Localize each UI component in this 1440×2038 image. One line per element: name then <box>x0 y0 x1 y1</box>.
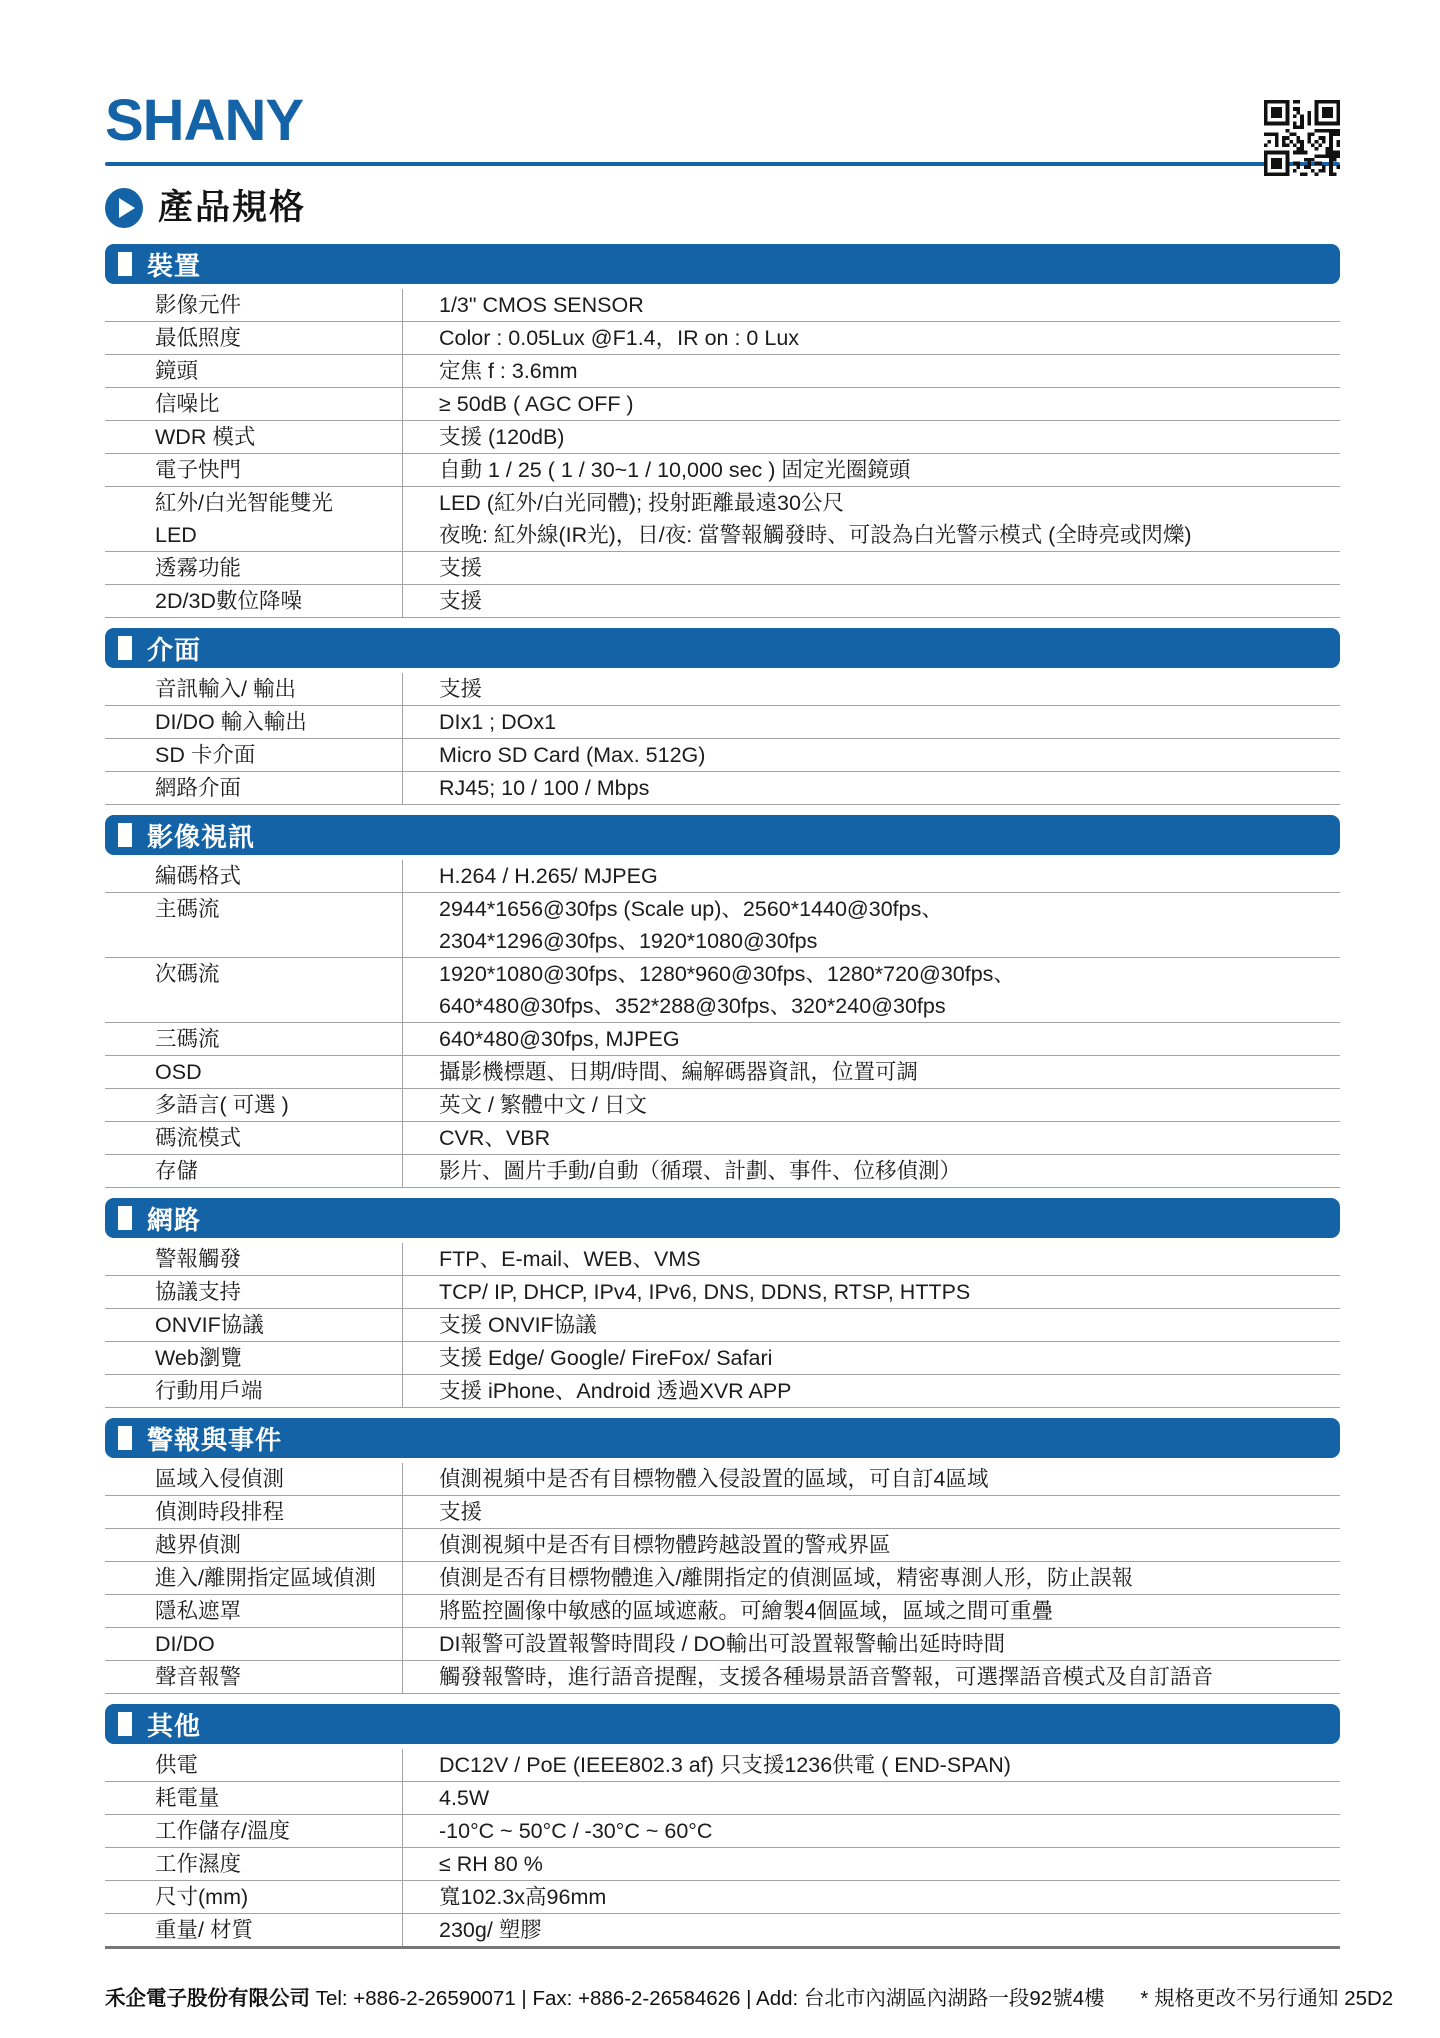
spec-value: DC12V / PoE (IEEE802.3 af) 只支援1236供電 ( E… <box>403 1749 1340 1781</box>
spec-label-line: 次碼流 <box>155 958 396 990</box>
spec-value: 自動 1 / 25 ( 1 / 30~1 / 10,000 sec ) 固定光圈… <box>403 454 1340 486</box>
spec-row: 紅外/白光智能雙光LEDLED (紅外/白光同體); 投射距離最遠30公尺夜晚:… <box>105 487 1340 552</box>
footer-contact: Tel: +886-2-26590071 | Fax: +886-2-26584… <box>316 1987 1105 2010</box>
spec-value-line: 英文 / 繁體中文 / 日文 <box>439 1089 1340 1121</box>
spec-label: 編碼格式 <box>105 860 403 892</box>
spec-value-line: 支援 <box>439 1496 1340 1528</box>
spec-label-line: 三碼流 <box>155 1023 396 1055</box>
spec-row: 區域入侵偵測偵測視頻中是否有目標物體入侵設置的區域，可自訂4區域 <box>105 1463 1340 1496</box>
spec-value-line: FTP、E-mail、WEB、VMS <box>439 1243 1340 1275</box>
header-divider <box>105 162 1340 166</box>
spec-value: 觸發報警時，進行語音提醒，支援各種場景語音警報，可選擇語音模式及自訂語音 <box>403 1661 1340 1693</box>
spec-row: 影像元件1/3" CMOS SENSOR <box>105 289 1340 322</box>
spec-value: LED (紅外/白光同體); 投射距離最遠30公尺夜晚: 紅外線(IR光)，日/… <box>403 487 1340 551</box>
spec-label-line: 隱私遮罩 <box>155 1595 396 1627</box>
spec-label: DI/DO <box>105 1628 403 1660</box>
spec-label-line: 存儲 <box>155 1155 396 1187</box>
spec-value: 1/3" CMOS SENSOR <box>403 289 1340 321</box>
section-bullet-icon <box>118 636 132 660</box>
spec-value: DI報警可設置報警時間段 / DO輸出可設置報警輸出延時時間 <box>403 1628 1340 1660</box>
footer: 禾企電子股份有限公司 Tel: +886-2-26590071 | Fax: +… <box>105 1981 1340 2011</box>
spec-label: 信噪比 <box>105 388 403 420</box>
spec-row: 工作濕度≤ RH 80 % <box>105 1848 1340 1881</box>
section-title: 影像視訊 <box>147 817 255 854</box>
spec-row: 網路介面RJ45; 10 / 100 / Mbps <box>105 772 1340 805</box>
spec-row: 次碼流1920*1080@30fps、1280*960@30fps、1280*7… <box>105 958 1340 1023</box>
spec-value: 1920*1080@30fps、1280*960@30fps、1280*720@… <box>403 958 1340 1022</box>
spec-label-line: 最低照度 <box>155 322 396 354</box>
spec-value: 支援 (120dB) <box>403 421 1340 453</box>
spec-section: 警報與事件區域入侵偵測偵測視頻中是否有目標物體入侵設置的區域，可自訂4區域偵測時… <box>105 1418 1340 1694</box>
section-title: 裝置 <box>147 246 201 283</box>
spec-label-line: 重量/ 材質 <box>155 1914 396 1946</box>
spec-value-line: Color : 0.05Lux @F1.4，IR on : 0 Lux <box>439 322 1340 354</box>
spec-label-line: ONVIF協議 <box>155 1309 396 1341</box>
spec-label-line: DI/DO 輸入輸出 <box>155 706 396 738</box>
spec-label: 2D/3D數位降噪 <box>105 585 403 617</box>
spec-row: 音訊輸入/ 輸出支援 <box>105 673 1340 706</box>
spec-label: 區域入侵偵測 <box>105 1463 403 1495</box>
spec-value-line: 支援 <box>439 585 1340 617</box>
spec-label: 重量/ 材質 <box>105 1914 403 1946</box>
spec-label-line: 偵測時段排程 <box>155 1496 396 1528</box>
spec-label-line: 尺寸(mm) <box>155 1881 396 1913</box>
spec-label: 多語言( 可選 ) <box>105 1089 403 1121</box>
spec-label: DI/DO 輸入輸出 <box>105 706 403 738</box>
spec-value-line: 影片、圖片手動/自動（循環、計劃、事件、位移偵測） <box>439 1155 1340 1187</box>
spec-value: TCP/ IP, DHCP, IPv4, IPv6, DNS, DDNS, RT… <box>403 1276 1340 1308</box>
spec-label-line: 碼流模式 <box>155 1122 396 1154</box>
spec-value: 640*480@30fps, MJPEG <box>403 1023 1340 1055</box>
spec-label: 碼流模式 <box>105 1122 403 1154</box>
spec-value: 偵測視頻中是否有目標物體入侵設置的區域，可自訂4區域 <box>403 1463 1340 1495</box>
section-header-bar: 網路 <box>105 1198 1340 1238</box>
spec-label: 進入/離開指定區域偵測 <box>105 1562 403 1594</box>
spec-label-line: 音訊輸入/ 輸出 <box>155 673 396 705</box>
spec-label-line: 多語言( 可選 ) <box>155 1089 396 1121</box>
spec-value-line: H.264 / H.265/ MJPEG <box>439 860 1340 892</box>
spec-label: 尺寸(mm) <box>105 1881 403 1913</box>
spec-value-line: TCP/ IP, DHCP, IPv4, IPv6, DNS, DDNS, RT… <box>439 1276 1340 1308</box>
spec-section: 其他供電DC12V / PoE (IEEE802.3 af) 只支援1236供電… <box>105 1704 1340 1949</box>
company-name: 禾企電子股份有限公司 <box>105 1987 310 2010</box>
spec-label: 越界偵測 <box>105 1529 403 1561</box>
spec-value-line: CVR、VBR <box>439 1122 1340 1154</box>
spec-row: DI/DODI報警可設置報警時間段 / DO輸出可設置報警輸出延時時間 <box>105 1628 1340 1661</box>
spec-label-line: 耗電量 <box>155 1782 396 1814</box>
spec-label: 存儲 <box>105 1155 403 1187</box>
spec-value: 支援 <box>403 552 1340 584</box>
spec-label-line: 影像元件 <box>155 289 396 321</box>
section-title: 警報與事件 <box>147 1420 282 1457</box>
spec-label: 影像元件 <box>105 289 403 321</box>
spec-row: 主碼流2944*1656@30fps (Scale up)、2560*1440@… <box>105 893 1340 958</box>
spec-value: 偵測是否有目標物體進入/離開指定的偵測區域，精密專測人形，防止誤報 <box>403 1562 1340 1594</box>
spec-value-line: 偵測視頻中是否有目標物體跨越設置的警戒界區 <box>439 1529 1340 1561</box>
page-title-row: 產品規格 <box>105 188 1340 228</box>
section-bullet-icon <box>118 252 132 276</box>
spec-label: SD 卡介面 <box>105 739 403 771</box>
spec-label-line: WDR 模式 <box>155 421 396 453</box>
spec-label-line: 進入/離開指定區域偵測 <box>155 1562 396 1594</box>
spec-section: 介面音訊輸入/ 輸出支援DI/DO 輸入輸出DIx1 ; DOx1SD 卡介面M… <box>105 628 1340 805</box>
spec-label-line: LED <box>155 519 396 551</box>
spec-value: -10°C ~ 50°C / -30°C ~ 60°C <box>403 1815 1340 1847</box>
spec-row: 2D/3D數位降噪支援 <box>105 585 1340 618</box>
spec-value-line: 支援 <box>439 552 1340 584</box>
page-title: 產品規格 <box>158 189 306 228</box>
spec-sheet-page: SHANY 產品規格 裝置影像元件1/3" CMOS SENSOR最低照度Col… <box>105 0 1340 2011</box>
spec-label: 聲音報警 <box>105 1661 403 1693</box>
spec-row: 信噪比≥ 50dB ( AGC OFF ) <box>105 388 1340 421</box>
spec-value: 影片、圖片手動/自動（循環、計劃、事件、位移偵測） <box>403 1155 1340 1187</box>
spec-value: 定焦 f : 3.6mm <box>403 355 1340 387</box>
spec-row: 透霧功能支援 <box>105 552 1340 585</box>
spec-value: CVR、VBR <box>403 1122 1340 1154</box>
spec-label-line: 網路介面 <box>155 772 396 804</box>
spec-row: 最低照度Color : 0.05Lux @F1.4，IR on : 0 Lux <box>105 322 1340 355</box>
spec-row: 碼流模式CVR、VBR <box>105 1122 1340 1155</box>
footer-note: * 規格更改不另行通知 25D2 <box>1140 1987 1393 2010</box>
section-header-bar: 警報與事件 <box>105 1418 1340 1458</box>
spec-value: 支援 iPhone、Android 透過XVR APP <box>403 1375 1340 1407</box>
spec-value-line: 寬102.3x高96mm <box>439 1881 1340 1913</box>
spec-value-line: ≥ 50dB ( AGC OFF ) <box>439 388 1340 420</box>
brand-logo: SHANY <box>105 92 1340 150</box>
spec-value-line: 4.5W <box>439 1782 1340 1814</box>
spec-label: 次碼流 <box>105 958 403 1022</box>
spec-label-line: 工作濕度 <box>155 1848 396 1880</box>
spec-value: DIx1 ; DOx1 <box>403 706 1340 738</box>
section-title: 網路 <box>147 1200 201 1237</box>
spec-value-line: Micro SD Card (Max. 512G) <box>439 739 1340 771</box>
spec-value-line: 640*480@30fps, MJPEG <box>439 1023 1340 1055</box>
spec-value-line: 偵測視頻中是否有目標物體入侵設置的區域，可自訂4區域 <box>439 1463 1340 1495</box>
spec-label-line: 電子快門 <box>155 454 396 486</box>
section-bullet-icon <box>118 823 132 847</box>
section-bullet-icon <box>118 1206 132 1230</box>
spec-row: 隱私遮罩將監控圖像中敏感的區域遮蔽。可繪製4個區域，區域之間可重疊 <box>105 1595 1340 1628</box>
spec-value-line: 攝影機標題、日期/時間、編解碼器資訊，位置可調 <box>439 1056 1340 1088</box>
section-header-bar: 其他 <box>105 1704 1340 1744</box>
spec-row: 多語言( 可選 )英文 / 繁體中文 / 日文 <box>105 1089 1340 1122</box>
spec-label-line: 鏡頭 <box>155 355 396 387</box>
spec-value-line: 觸發報警時，進行語音提醒，支援各種場景語音警報，可選擇語音模式及自訂語音 <box>439 1661 1340 1693</box>
spec-label: WDR 模式 <box>105 421 403 453</box>
spec-label: 供電 <box>105 1749 403 1781</box>
spec-row: 鏡頭定焦 f : 3.6mm <box>105 355 1340 388</box>
section-header-bar: 影像視訊 <box>105 815 1340 855</box>
spec-label-line: 編碼格式 <box>155 860 396 892</box>
spec-row: Web瀏覽支援 Edge/ Google/ FireFox/ Safari <box>105 1342 1340 1375</box>
spec-value-line: 2304*1296@30fps、1920*1080@30fps <box>439 925 1340 957</box>
spec-value-line: 支援 ONVIF協議 <box>439 1309 1340 1341</box>
spec-row: OSD攝影機標題、日期/時間、編解碼器資訊，位置可調 <box>105 1056 1340 1089</box>
spec-label: 耗電量 <box>105 1782 403 1814</box>
spec-value: 將監控圖像中敏感的區域遮蔽。可繪製4個區域，區域之間可重疊 <box>403 1595 1340 1627</box>
spec-label-line: 區域入侵偵測 <box>155 1463 396 1495</box>
spec-row: 三碼流640*480@30fps, MJPEG <box>105 1023 1340 1056</box>
spec-label: 工作濕度 <box>105 1848 403 1880</box>
spec-row: 供電DC12V / PoE (IEEE802.3 af) 只支援1236供電 (… <box>105 1749 1340 1782</box>
spec-label-line: 警報觸發 <box>155 1243 396 1275</box>
spec-label-line: 工作儲存/溫度 <box>155 1815 396 1847</box>
spec-label-line: 透霧功能 <box>155 552 396 584</box>
spec-row: DI/DO 輸入輸出DIx1 ; DOx1 <box>105 706 1340 739</box>
spec-value: RJ45; 10 / 100 / Mbps <box>403 772 1340 804</box>
spec-value-line: 2944*1656@30fps (Scale up)、2560*1440@30f… <box>439 893 1340 925</box>
spec-value: ≤ RH 80 % <box>403 1848 1340 1880</box>
spec-label: 最低照度 <box>105 322 403 354</box>
spec-value-line: LED (紅外/白光同體); 投射距離最遠30公尺 <box>439 487 1340 519</box>
spec-value: FTP、E-mail、WEB、VMS <box>403 1243 1340 1275</box>
spec-label: 透霧功能 <box>105 552 403 584</box>
spec-value: 230g/ 塑膠 <box>403 1914 1340 1946</box>
spec-row: 編碼格式H.264 / H.265/ MJPEG <box>105 860 1340 893</box>
spec-label-line: 行動用戶端 <box>155 1375 396 1407</box>
spec-row: 行動用戶端支援 iPhone、Android 透過XVR APP <box>105 1375 1340 1408</box>
section-title: 其他 <box>147 1706 201 1743</box>
spec-label-line: DI/DO <box>155 1628 396 1660</box>
qr-code <box>1264 100 1340 176</box>
spec-row: 越界偵測偵測視頻中是否有目標物體跨越設置的警戒界區 <box>105 1529 1340 1562</box>
spec-label: 警報觸發 <box>105 1243 403 1275</box>
spec-label: OSD <box>105 1056 403 1088</box>
spec-value: H.264 / H.265/ MJPEG <box>403 860 1340 892</box>
spec-label: 電子快門 <box>105 454 403 486</box>
section-header-bar: 裝置 <box>105 244 1340 284</box>
spec-row: 聲音報警觸發報警時，進行語音提醒，支援各種場景語音警報，可選擇語音模式及自訂語音 <box>105 1661 1340 1694</box>
spec-label-line: 2D/3D數位降噪 <box>155 585 396 617</box>
spec-label: 工作儲存/溫度 <box>105 1815 403 1847</box>
spec-section: 影像視訊編碼格式H.264 / H.265/ MJPEG主碼流2944*1656… <box>105 815 1340 1188</box>
spec-value-line: 640*480@30fps、352*288@30fps、320*240@30fp… <box>439 990 1340 1022</box>
spec-value-line: DIx1 ; DOx1 <box>439 706 1340 738</box>
spec-value: 寬102.3x高96mm <box>403 1881 1340 1913</box>
spec-value-line: ≤ RH 80 % <box>439 1848 1340 1880</box>
spec-value-line: 1920*1080@30fps、1280*960@30fps、1280*720@… <box>439 958 1340 990</box>
spec-value-line: 支援 <box>439 673 1340 705</box>
spec-row: 電子快門自動 1 / 25 ( 1 / 30~1 / 10,000 sec ) … <box>105 454 1340 487</box>
spec-label: 主碼流 <box>105 893 403 957</box>
spec-row: 存儲影片、圖片手動/自動（循環、計劃、事件、位移偵測） <box>105 1155 1340 1188</box>
spec-row: WDR 模式支援 (120dB) <box>105 421 1340 454</box>
spec-row: 進入/離開指定區域偵測偵測是否有目標物體進入/離開指定的偵測區域，精密專測人形，… <box>105 1562 1340 1595</box>
play-icon <box>105 188 143 228</box>
spec-label-line: 紅外/白光智能雙光 <box>155 487 396 519</box>
spec-row: 警報觸發FTP、E-mail、WEB、VMS <box>105 1243 1340 1276</box>
spec-row: 工作儲存/溫度-10°C ~ 50°C / -30°C ~ 60°C <box>105 1815 1340 1848</box>
spec-value: ≥ 50dB ( AGC OFF ) <box>403 388 1340 420</box>
spec-value: 支援 ONVIF協議 <box>403 1309 1340 1341</box>
spec-row: 偵測時段排程支援 <box>105 1496 1340 1529</box>
spec-label: 網路介面 <box>105 772 403 804</box>
spec-label-line: OSD <box>155 1056 396 1088</box>
spec-label-line: 協議支持 <box>155 1276 396 1308</box>
spec-value-line: -10°C ~ 50°C / -30°C ~ 60°C <box>439 1815 1340 1847</box>
spec-value-line: 偵測是否有目標物體進入/離開指定的偵測區域，精密專測人形，防止誤報 <box>439 1562 1340 1594</box>
spec-value-line: 自動 1 / 25 ( 1 / 30~1 / 10,000 sec ) 固定光圈… <box>439 454 1340 486</box>
section-bullet-icon <box>118 1712 132 1736</box>
spec-row: SD 卡介面Micro SD Card (Max. 512G) <box>105 739 1340 772</box>
spec-label: 鏡頭 <box>105 355 403 387</box>
spec-label-line: 主碼流 <box>155 893 396 925</box>
spec-value: Micro SD Card (Max. 512G) <box>403 739 1340 771</box>
section-header-bar: 介面 <box>105 628 1340 668</box>
spec-value-line: 支援 Edge/ Google/ FireFox/ Safari <box>439 1342 1340 1374</box>
spec-label-line: Web瀏覽 <box>155 1342 396 1374</box>
spec-value-line: 230g/ 塑膠 <box>439 1914 1340 1946</box>
spec-value: 偵測視頻中是否有目標物體跨越設置的警戒界區 <box>403 1529 1340 1561</box>
spec-value: Color : 0.05Lux @F1.4，IR on : 0 Lux <box>403 322 1340 354</box>
spec-label: 偵測時段排程 <box>105 1496 403 1528</box>
spec-label-line: 越界偵測 <box>155 1529 396 1561</box>
spec-sections: 裝置影像元件1/3" CMOS SENSOR最低照度Color : 0.05Lu… <box>105 244 1340 1949</box>
spec-value-line: 支援 (120dB) <box>439 421 1340 453</box>
spec-value-line: DI報警可設置報警時間段 / DO輸出可設置報警輸出延時時間 <box>439 1628 1340 1660</box>
spec-value: 支援 <box>403 585 1340 617</box>
spec-value-line: RJ45; 10 / 100 / Mbps <box>439 772 1340 804</box>
spec-row: 耗電量4.5W <box>105 1782 1340 1815</box>
spec-value: 英文 / 繁體中文 / 日文 <box>403 1089 1340 1121</box>
spec-row: ONVIF協議支援 ONVIF協議 <box>105 1309 1340 1342</box>
spec-row: 尺寸(mm)寬102.3x高96mm <box>105 1881 1340 1914</box>
spec-value: 支援 <box>403 1496 1340 1528</box>
spec-value-line: 夜晚: 紅外線(IR光)，日/夜: 當警報觸發時、可設為白光警示模式 (全時亮或… <box>439 519 1340 551</box>
spec-value: 支援 Edge/ Google/ FireFox/ Safari <box>403 1342 1340 1374</box>
spec-label: 紅外/白光智能雙光LED <box>105 487 403 551</box>
spec-value-line: 支援 iPhone、Android 透過XVR APP <box>439 1375 1340 1407</box>
spec-value-line: 定焦 f : 3.6mm <box>439 355 1340 387</box>
spec-value-line: DC12V / PoE (IEEE802.3 af) 只支援1236供電 ( E… <box>439 1749 1340 1781</box>
section-title: 介面 <box>147 630 201 667</box>
section-bullet-icon <box>118 1426 132 1450</box>
spec-label: 協議支持 <box>105 1276 403 1308</box>
spec-value: 4.5W <box>403 1782 1340 1814</box>
spec-label: 音訊輸入/ 輸出 <box>105 673 403 705</box>
spec-label: 三碼流 <box>105 1023 403 1055</box>
spec-label-line: SD 卡介面 <box>155 739 396 771</box>
spec-label-line: 供電 <box>155 1749 396 1781</box>
spec-row: 重量/ 材質230g/ 塑膠 <box>105 1914 1340 1949</box>
spec-label: ONVIF協議 <box>105 1309 403 1341</box>
spec-value: 攝影機標題、日期/時間、編解碼器資訊，位置可調 <box>403 1056 1340 1088</box>
spec-label: Web瀏覽 <box>105 1342 403 1374</box>
spec-section: 裝置影像元件1/3" CMOS SENSOR最低照度Color : 0.05Lu… <box>105 244 1340 618</box>
spec-value: 支援 <box>403 673 1340 705</box>
spec-label: 行動用戶端 <box>105 1375 403 1407</box>
spec-row: 協議支持TCP/ IP, DHCP, IPv4, IPv6, DNS, DDNS… <box>105 1276 1340 1309</box>
spec-value: 2944*1656@30fps (Scale up)、2560*1440@30f… <box>403 893 1340 957</box>
spec-label-line: 聲音報警 <box>155 1661 396 1693</box>
spec-section: 網路警報觸發FTP、E-mail、WEB、VMS協議支持TCP/ IP, DHC… <box>105 1198 1340 1408</box>
spec-value-line: 1/3" CMOS SENSOR <box>439 289 1340 321</box>
spec-label: 隱私遮罩 <box>105 1595 403 1627</box>
spec-label-line: 信噪比 <box>155 388 396 420</box>
spec-value-line: 將監控圖像中敏感的區域遮蔽。可繪製4個區域，區域之間可重疊 <box>439 1595 1340 1627</box>
